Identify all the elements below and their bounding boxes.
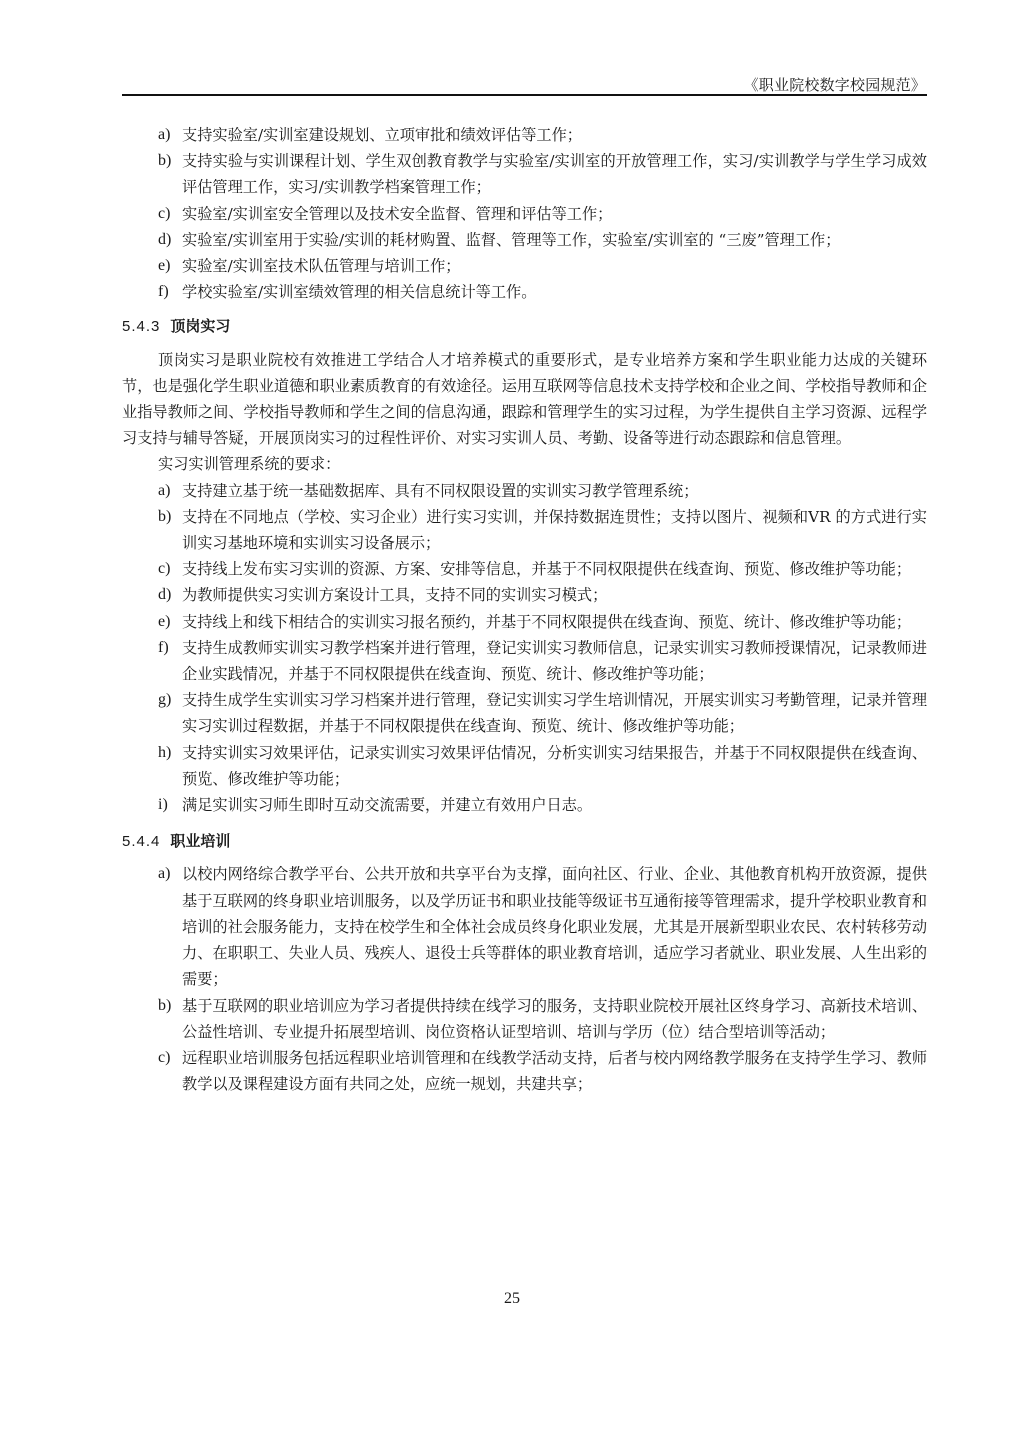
list-item: b)支持在不同地点（学校、实习企业）进行实习实训，并保持数据连贯性；支持以图片、… <box>122 504 927 556</box>
list-label: b) <box>158 148 171 174</box>
section-intro-paragraph: 顶岗实习是职业院校有效推进工学结合人才培养模式的重要形式，是专业培养方案和学生职… <box>122 347 927 452</box>
list-item: b)支持实验与实训课程计划、学生双创教育教学与实验室/实训室的开放管理工作，实习… <box>122 148 927 200</box>
document-header-title: 《职业院校数字校园规范》 <box>744 74 926 95</box>
list-text: 实验室/实训室用于实验/实训的耗材购置、监督、管理等工作，实验室/实训室的 “三… <box>182 231 840 249</box>
page-number: 25 <box>0 1290 1024 1308</box>
list-label: a) <box>158 478 170 504</box>
section-title: 顶岗实习 <box>170 317 230 335</box>
section-title: 职业培训 <box>170 832 230 850</box>
page-content: a)支持实验室/实训室建设规划、立项审批和绩效评估等工作； b)支持实验与实训课… <box>122 122 927 1097</box>
list-item: e)实验室/实训室技术队伍管理与培训工作； <box>122 253 927 279</box>
list-label: c) <box>158 1045 170 1071</box>
list-label: f) <box>158 279 169 305</box>
list-text: 远程职业培训服务包括远程职业培训管理和在线教学活动支持，后者与校内网络教学服务在… <box>182 1049 927 1093</box>
header-rule <box>122 94 927 96</box>
list-item: c)支持线上发布实习实训的资源、方案、安排等信息，并基于不同权限提供在线查询、预… <box>122 556 927 582</box>
training-list: a)以校内网络综合教学平台、公共开放和共享平台为支撑，面向社区、行业、企业、其他… <box>122 861 927 1097</box>
list-label: c) <box>158 201 170 227</box>
list-label: a) <box>158 122 170 148</box>
list-item: e)支持线上和线下相结合的实训实习报名预约，并基于不同权限提供在线查询、预览、统… <box>122 609 927 635</box>
list-item: a)以校内网络综合教学平台、公共开放和共享平台为支撑，面向社区、行业、企业、其他… <box>122 861 927 992</box>
list-text: 满足实训实习师生即时互动交流需要，并建立有效用户日志。 <box>182 796 592 814</box>
list-text: 支持建立基于统一基础数据库、具有不同权限设置的实训实习教学管理系统； <box>182 482 698 500</box>
list-text: 支持在不同地点（学校、实习企业）进行实习实训，并保持数据连贯性；支持以图片、视频… <box>182 508 927 552</box>
list-text: 支持生成学生实训实习学习档案并进行管理，登记实训实习学生培训情况，开展实训实习考… <box>182 691 927 735</box>
list-item: f)支持生成教师实训实习教学档案并进行管理，登记实训实习教师信息，记录实训实习教… <box>122 635 927 687</box>
list-text: 支持线上和线下相结合的实训实习报名预约，并基于不同权限提供在线查询、预览、统计、… <box>182 613 911 631</box>
list-text: 实验室/实训室技术队伍管理与培训工作； <box>182 257 461 275</box>
section-heading-5-4-3: 5.4.3顶岗实习 <box>122 313 927 340</box>
requirements-lead: 实习实训管理系统的要求： <box>122 451 927 477</box>
list-label: d) <box>158 227 171 253</box>
section-heading-5-4-4: 5.4.4职业培训 <box>122 828 927 855</box>
list-text: 以校内网络综合教学平台、公共开放和共享平台为支撑，面向社区、行业、企业、其他教育… <box>182 865 927 988</box>
section-number: 5.4.3 <box>122 318 160 335</box>
list-text: 支持生成教师实训实习教学档案并进行管理，登记实训实习教师信息，记录实训实习教师授… <box>182 639 927 683</box>
list-label: c) <box>158 556 170 582</box>
list-text: 实验室/实训室安全管理以及技术安全监督、管理和评估等工作； <box>182 205 612 223</box>
list-item: h)支持实训实习效果评估，记录实训实习效果评估情况，分析实训实习结果报告，并基于… <box>122 740 927 792</box>
list-item: c)实验室/实训室安全管理以及技术安全监督、管理和评估等工作； <box>122 201 927 227</box>
list-label: d) <box>158 582 171 608</box>
list-label: g) <box>158 687 171 713</box>
list-text: 支持实验室/实训室建设规划、立项审批和绩效评估等工作； <box>182 126 582 144</box>
list-label: e) <box>158 253 170 279</box>
requirements-list: a)支持建立基于统一基础数据库、具有不同权限设置的实训实习教学管理系统； b)支… <box>122 478 927 819</box>
list-label: b) <box>158 993 171 1019</box>
list-item: d)为教师提供实习实训方案设计工具，支持不同的实训实习模式； <box>122 582 927 608</box>
list-label: i) <box>158 792 168 818</box>
list-label: a) <box>158 861 170 887</box>
list-label: e) <box>158 609 170 635</box>
list-item: a)支持建立基于统一基础数据库、具有不同权限设置的实训实习教学管理系统； <box>122 478 927 504</box>
list-text: 学校实验室/实训室绩效管理的相关信息统计等工作。 <box>182 283 536 301</box>
list-item: g)支持生成学生实训实习学习档案并进行管理，登记实训实习学生培训情况，开展实训实… <box>122 687 927 739</box>
list-label: h) <box>158 740 171 766</box>
list-text: 支持实训实习效果评估，记录实训实习效果评估情况，分析实训实习结果报告，并基于不同… <box>182 744 927 788</box>
list-text: 基于互联网的职业培训应为学习者提供持续在线学习的服务，支持职业院校开展社区终身学… <box>182 997 927 1041</box>
list-label: f) <box>158 635 169 661</box>
list-text: 为教师提供实习实训方案设计工具，支持不同的实训实习模式； <box>182 586 607 604</box>
list-item: i)满足实训实习师生即时互动交流需要，并建立有效用户日志。 <box>122 792 927 818</box>
list-text: 支持线上发布实习实训的资源、方案、安排等信息，并基于不同权限提供在线查询、预览、… <box>182 560 911 578</box>
list-label: b) <box>158 504 171 530</box>
section-number: 5.4.4 <box>122 833 160 850</box>
list-text: 支持实验与实训课程计划、学生双创教育教学与实验室/实训室的开放管理工作，实习/实… <box>182 152 927 196</box>
list-item: b)基于互联网的职业培训应为学习者提供持续在线学习的服务，支持职业院校开展社区终… <box>122 993 927 1045</box>
top-list: a)支持实验室/实训室建设规划、立项审批和绩效评估等工作； b)支持实验与实训课… <box>122 122 927 305</box>
list-item: d)实验室/实训室用于实验/实训的耗材购置、监督、管理等工作，实验室/实训室的 … <box>122 227 927 253</box>
list-item: f)学校实验室/实训室绩效管理的相关信息统计等工作。 <box>122 279 927 305</box>
list-item: a)支持实验室/实训室建设规划、立项审批和绩效评估等工作； <box>122 122 927 148</box>
list-item: c)远程职业培训服务包括远程职业培训管理和在线教学活动支持，后者与校内网络教学服… <box>122 1045 927 1097</box>
